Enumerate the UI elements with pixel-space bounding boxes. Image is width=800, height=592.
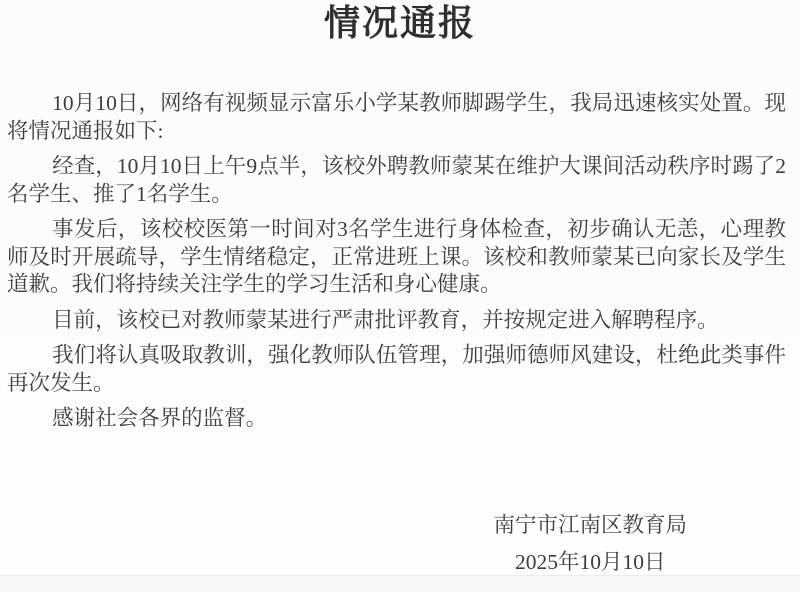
document-title: 情况通报 bbox=[0, 0, 800, 43]
signature-organization: 南宁市江南区教育局 bbox=[493, 507, 687, 544]
document-body: 10月10日，网络有视频显示富乐小学某教师脚踢学生，我局迅速核实处置。现将情况通… bbox=[0, 43, 800, 433]
paragraph-response: 事发后，该校校医第一时间对3名学生进行身体检查，初步确认无恙，心理教师及时开展疏… bbox=[7, 216, 786, 299]
notice-document: 情况通报 10月10日，网络有视频显示富乐小学某教师脚踢学生，我局迅速核实处置。… bbox=[0, 0, 800, 592]
paragraph-commitment: 我们将认真吸取教训，强化教师队伍管理，加强师德师风建设，杜绝此类事件再次发生。 bbox=[7, 342, 786, 397]
paragraph-discipline: 目前，该校已对教师蒙某进行严肃批评教育，并按规定进入解聘程序。 bbox=[7, 307, 786, 335]
paragraph-intro: 10月10日，网络有视频显示富乐小学某教师脚踢学生，我局迅速核实处置。现将情况通… bbox=[7, 90, 786, 145]
signature-block: 南宁市江南区教育局 2025年10月10日 bbox=[493, 507, 687, 581]
paragraph-findings: 经查，10月10日上午9点半，该校外聘教师蒙某在维护大课间活动秩序时踢了2名学生… bbox=[7, 153, 786, 208]
paragraph-thanks: 感谢社会各界的监督。 bbox=[7, 405, 786, 433]
bottom-edge-strip bbox=[0, 575, 800, 592]
